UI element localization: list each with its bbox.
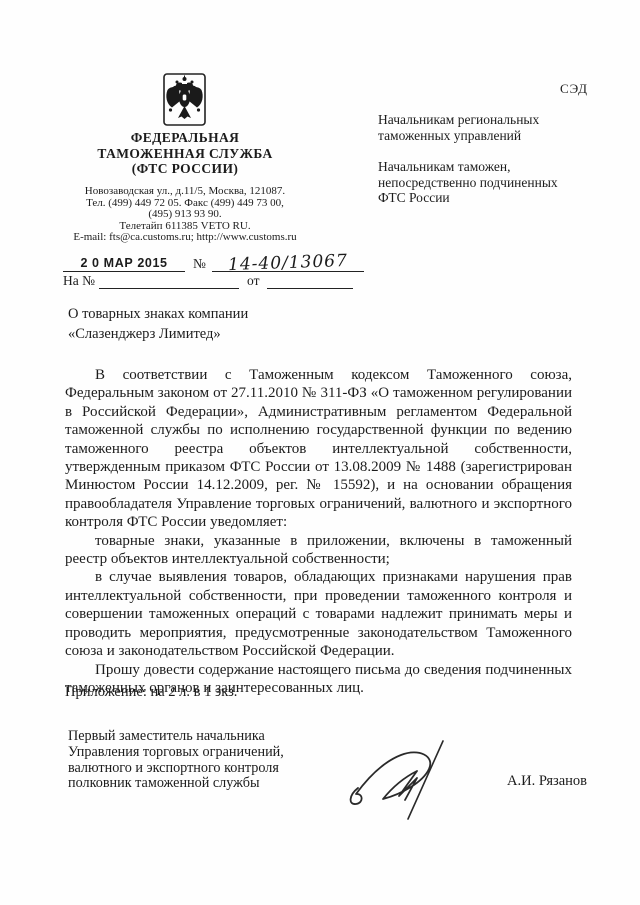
date-stamp: 2 0 МАР 2015 [80,256,167,270]
date-line: 2 0 МАР 2015 [63,249,185,272]
reply-number-line [99,288,239,289]
from-label: от [247,273,259,289]
attachment-note: Приложение: на 2 л. в 1 экз. [65,684,237,701]
number-line: 14-40/13067 [212,249,364,272]
official-letter-page: ФЕДЕРАЛЬНАЯ ТАМОЖЕННАЯ СЛУЖБА (ФТС РОССИ… [0,0,640,905]
recipient-customs-heads: Начальникам таможен, непосредственно под… [378,159,558,206]
recipient-regional-directorates: Начальникам региональных таможенных упра… [378,112,539,143]
signature-icon [342,735,460,823]
subject-line: О товарных знаках компании «Слазенджерз … [68,304,248,344]
reply-date-line [267,288,353,289]
body-paragraph-legal-basis: В соответствии с Таможенным кодексом Там… [65,366,572,532]
reference-row-date-number: 2 0 МАР 2015 № 14-40/13067 [63,250,364,272]
signer-position: Первый заместитель начальника Управления… [68,729,284,792]
sed-label: СЭД [560,81,604,97]
number-sign-label: № [193,256,206,272]
org-address: Новозаводская ул., д.11/5, Москва, 12108… [45,186,325,244]
reference-row-reply: На № от [63,272,353,289]
body-paragraph-measures: в случае выявления товаров, обладающих п… [65,568,572,660]
body-paragraph-trademarks-included: товарные знаки, указанные в приложении, … [65,532,572,569]
reply-to-label: На № [63,273,95,289]
signer-name: А.И. Рязанов [507,773,587,790]
coat-of-arms-icon [163,73,206,126]
org-name: ФЕДЕРАЛЬНАЯ ТАМОЖЕННАЯ СЛУЖБА (ФТС РОССИ… [60,130,310,177]
letter-body: В соответствии с Таможенным кодексом Там… [65,366,572,697]
